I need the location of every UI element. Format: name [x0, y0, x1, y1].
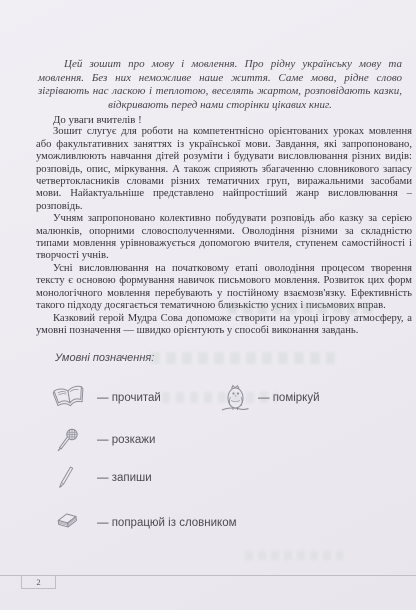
- teachers-note-paragraph: Зошит слугує для роботи на компетентнісн…: [36, 126, 412, 213]
- pencil-icon: [57, 465, 75, 490]
- teachers-note-paragraph: Казковий герой Мудра Сова допоможе створ…: [36, 313, 412, 338]
- legend-label-dictionary: — попрацюй із словником: [97, 517, 237, 529]
- microphone-icon: [56, 427, 80, 453]
- legend-item-read: — прочитай: [52, 384, 161, 411]
- legend-label-write: — запиши: [97, 472, 152, 484]
- footer-rule: [0, 575, 416, 576]
- teachers-note-paragraph: Усні висловлювання на початковому етапі …: [36, 263, 412, 313]
- legend-item-write: — запиши: [57, 465, 152, 490]
- legend-item-tell: — розкажи: [56, 427, 155, 453]
- teachers-note-heading: До уваги вчителів !: [36, 114, 412, 126]
- page-number: 2: [36, 577, 40, 587]
- dictionary-icon: [54, 510, 80, 535]
- teachers-note: До уваги вчителів ! Зошит слугує для роб…: [36, 114, 412, 337]
- teachers-note-paragraph: Учням запропоновано колективно побудуват…: [36, 213, 412, 263]
- page-number-tab: 2: [21, 576, 56, 589]
- legend-label-tell: — розкажи: [97, 434, 155, 446]
- legend-heading: Умовні позначення:: [55, 352, 154, 364]
- legend-item-think: — поміркуй: [220, 381, 320, 414]
- owl-icon: [220, 381, 250, 414]
- legend-label-think: — поміркуй: [258, 392, 320, 404]
- show-through-artifact: [245, 551, 343, 560]
- legend-item-dictionary: — попрацюй із словником: [54, 510, 237, 535]
- open-book-icon: [52, 384, 86, 411]
- legend-label-read: — прочитай: [97, 392, 161, 404]
- show-through-artifact: [150, 352, 335, 364]
- scanned-book-page: Цей зошит про мову і мовлення. Про рідну…: [0, 0, 416, 610]
- intro-quote: Цей зошит про мову і мовлення. Про рідну…: [38, 58, 402, 112]
